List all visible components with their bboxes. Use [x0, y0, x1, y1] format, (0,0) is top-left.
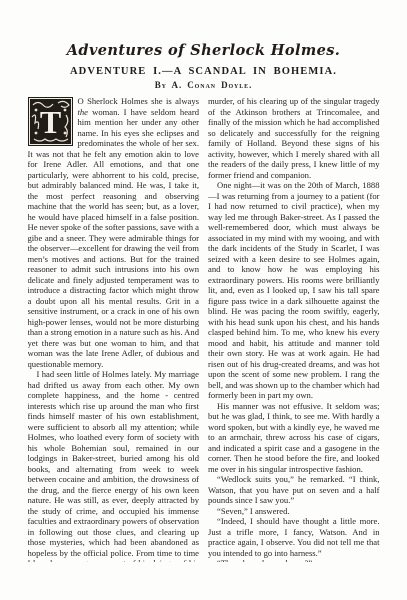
paragraph: murder, of his clearing up of the singul…: [208, 96, 380, 180]
page-title: Adventures of Sherlock Holmes.: [0, 42, 407, 59]
paragraph: “Wedlock suits you,” he remarked. “I thi…: [208, 474, 380, 506]
byline: By A. Conan Doyle.: [0, 80, 407, 90]
drop-cap-ornament-icon: T: [28, 97, 73, 146]
right-column: murder, of his clearing up of the singul…: [208, 96, 380, 562]
paragraph: “Then, how do you know?”: [208, 558, 380, 562]
paragraph: One night—it was on the 20th of March, 1…: [208, 180, 380, 401]
drop-cap-letter: T: [39, 104, 60, 140]
paragraph-text: O Sherlock Holmes she is always: [78, 96, 200, 106]
page-header: Adventures of Sherlock Holmes. ADVENTURE…: [0, 0, 407, 90]
paragraph: His manner was not effusive. It seldom w…: [208, 401, 380, 475]
magazine-page: Adventures of Sherlock Holmes. ADVENTURE…: [0, 0, 407, 600]
paragraph: “Indeed, I should have thought a little …: [208, 516, 380, 558]
paragraph-text-italic: the: [78, 107, 89, 117]
paragraph: T O Sherlock Holmes she is always the wo…: [28, 96, 200, 369]
paragraph: “Seven,” I answered.: [208, 506, 380, 517]
left-column: T O Sherlock Holmes she is always the wo…: [28, 96, 200, 562]
paragraph: I had seen little of Holmes lately. My m…: [28, 369, 200, 562]
chapter-heading: ADVENTURE I.—A SCANDAL IN BOHEMIA.: [0, 66, 407, 77]
article-body: T O Sherlock Holmes she is always the wo…: [28, 96, 380, 562]
